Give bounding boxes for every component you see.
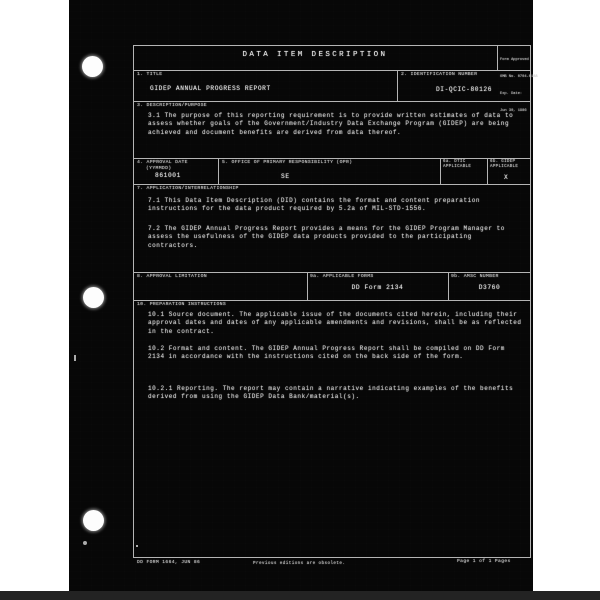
omb-line: Form Approved [500, 58, 530, 64]
omb-box-divider [497, 45, 498, 70]
footer-page-count: Page 1 of 1 Pages [457, 559, 511, 564]
id-field-value: DI-QCIC-80126 [397, 86, 531, 93]
description-text: 3.1 The purpose of this reporting requir… [148, 112, 525, 137]
preparation-paragraph-2: 10.2 Format and content. The GIDEP Annua… [148, 345, 525, 362]
footer-form-number: DD FORM 1664, JUN 86 [137, 560, 200, 565]
applicable-forms-label: 9a. APPLICABLE FORMS [310, 274, 374, 279]
title-field-label: 1. TITLE [137, 72, 162, 77]
opr-label: 5. OFFICE OF PRIMARY RESPONSIBILITY (OPR… [222, 160, 352, 165]
title-field-value: GIDEP ANNUAL PROGRESS REPORT [150, 85, 271, 92]
gidep-applicable-value: X [504, 174, 508, 181]
applicable-forms-value: DD Form 2134 [307, 284, 448, 291]
scanned-document: DATA ITEM DESCRIPTION Form Approved OMB … [0, 0, 600, 600]
application-paragraph-1: 7.1 This Data Item Description (DID) con… [148, 197, 525, 214]
footer-editions-note: Previous editions are obsolete. [253, 561, 345, 566]
opr-dtic-divider [440, 158, 441, 184]
description-section-label: 3. DESCRIPTION/PURPOSE [137, 103, 207, 108]
preparation-paragraph-3: 10.2.1 Reporting. The report may contain… [148, 385, 531, 402]
omb-line: OMB No. 0704-0188 [500, 75, 530, 81]
approval-date-label: 4. APPROVAL DATE [137, 160, 188, 165]
form-border-top [133, 45, 531, 46]
id-field-label: 2. IDENTIFICATION NUMBER [401, 72, 477, 77]
dtic-gidep-divider [487, 158, 488, 184]
amsc-number-value: D3760 [448, 284, 531, 291]
date-opr-divider [218, 158, 219, 184]
form-border-right [530, 45, 531, 558]
approval-date-value: 861001 [155, 172, 181, 179]
gidep-applicable-label: 6b. GIDEP APPLICABLE [490, 160, 530, 171]
application-paragraph-2: 7.2 The GIDEP Annual Progress Report pro… [148, 225, 525, 250]
form-border-left [133, 45, 134, 558]
dtic-applicable-label: 6a. DTIC APPLICABLE [443, 160, 485, 171]
approval-limitation-label: 8. APPROVAL LIMITATION [137, 274, 207, 279]
opr-value: SE [281, 173, 290, 180]
approval-date-format: (YYMMDD) [146, 166, 171, 171]
application-section-label: 7. APPLICATION/INTERRELATIONSHIP [137, 186, 239, 191]
did-form: DATA ITEM DESCRIPTION Form Approved OMB … [0, 0, 600, 600]
preparation-section-label: 10. PREPARATION INSTRUCTIONS [137, 302, 226, 307]
amsc-number-label: 9b. AMSC NUMBER [451, 274, 499, 279]
preparation-paragraph-1: 10.1 Source document. The applicable iss… [148, 311, 525, 336]
form-title: DATA ITEM DESCRIPTION [133, 51, 497, 59]
